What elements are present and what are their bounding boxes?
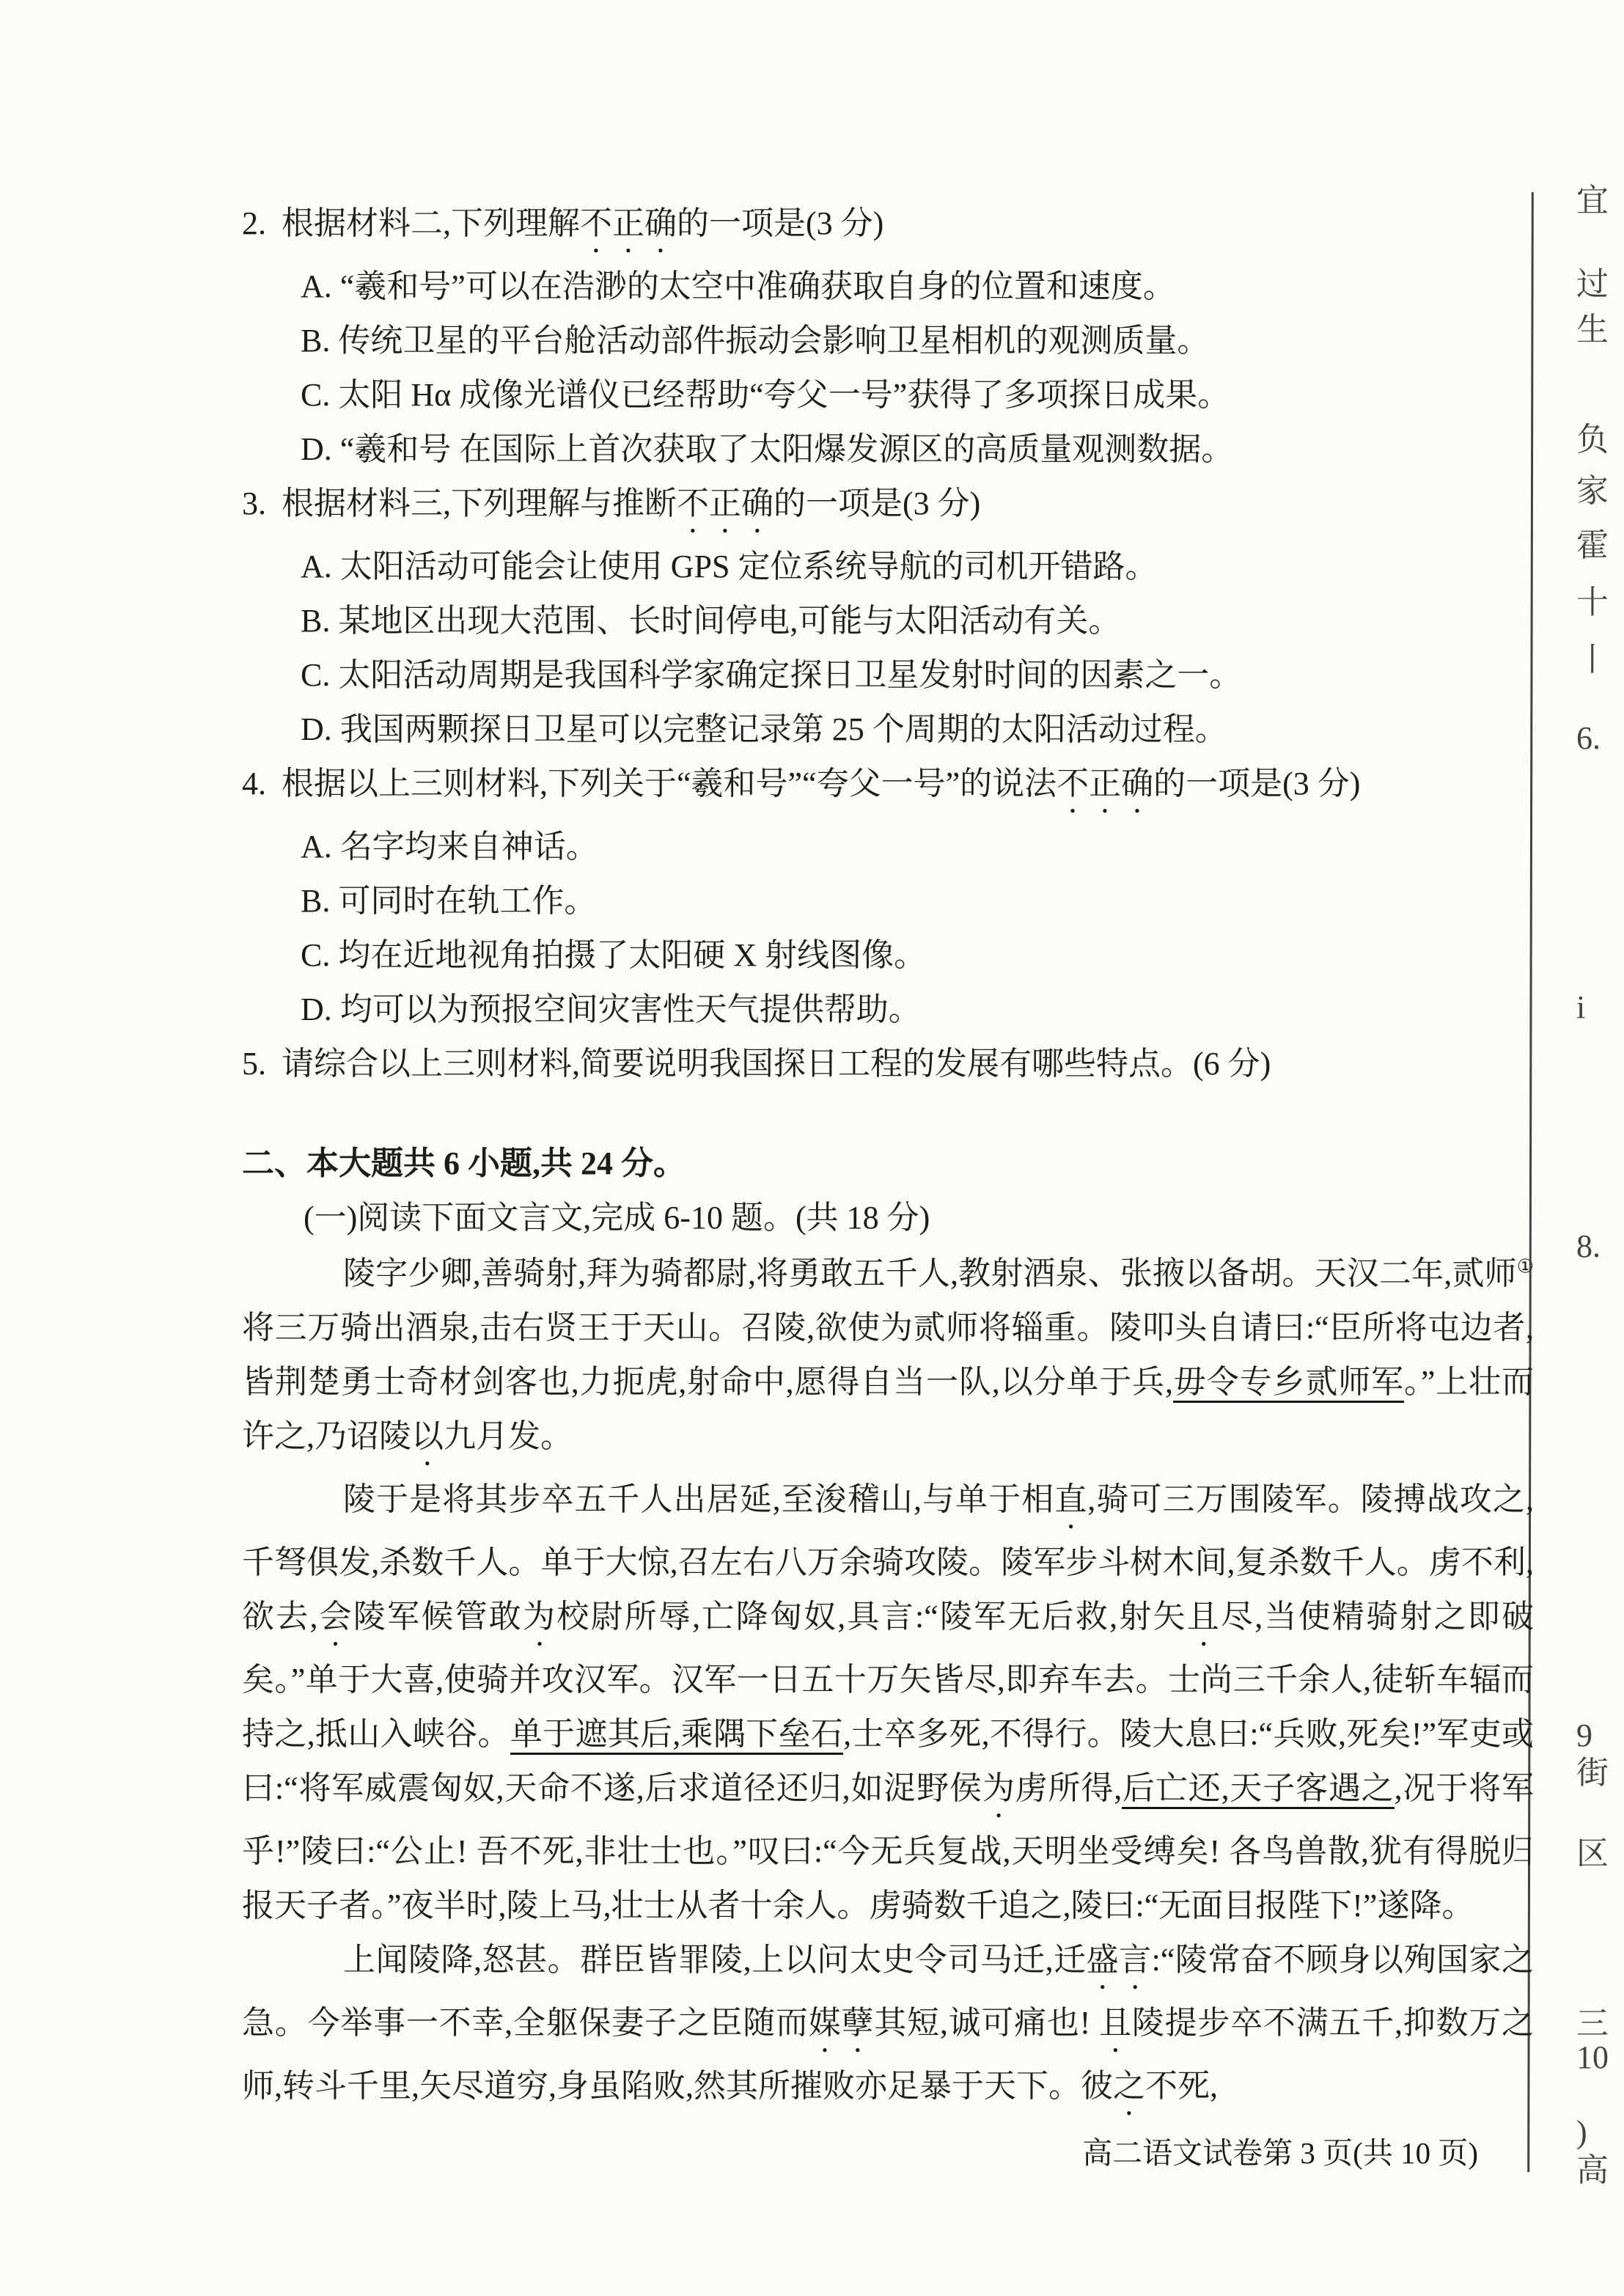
text-run: 九月发。 <box>444 1418 573 1454</box>
emphasized-text: 不正确 <box>677 485 774 521</box>
emphasized-text: 盛言 <box>1087 1942 1152 1978</box>
page-bleed-char: 高 <box>1576 2154 1609 2187</box>
question-stem: 3. 根据材料三,下列理解与推断不正确的一项是(3 分) <box>242 477 1534 540</box>
question-stem: 5. 请综合以上三则材料,简要说明我国探日工程的发展有哪些特点。(6 分) <box>242 1037 1534 1091</box>
question-stem: 2. 根据材料二,下列理解不正确的一项是(3 分) <box>242 197 1534 260</box>
question-number: 5. <box>242 1046 282 1082</box>
exam-page-scan: 2. 根据材料二,下列理解不正确的一项是(3 分)A. “羲和号”可以在浩渺的太… <box>0 0 1624 2296</box>
page-bleed-char: 十 <box>1576 587 1609 619</box>
answer-option: D. “羲和号 在国际上首次获取了太阳爆发源区的高质量观测数据。 <box>242 422 1534 477</box>
question-number: 2. <box>242 205 282 241</box>
emphasized-text: 不正确 <box>1057 766 1153 802</box>
page-bleed-char: 负 <box>1576 424 1609 456</box>
page-bleed-char: 区 <box>1576 1838 1609 1870</box>
passage-paragraph: 陵于是将其步卒五千人出居延,至浚稽山,与单于相直,骑可三万围陵军。陵搏战攻之,千… <box>242 1472 1534 1933</box>
text-run: 不死, <box>1145 2068 1218 2104</box>
text-run: 陵于是将其步卒五千人出居延,至浚稽山,与单于相 <box>343 1481 1054 1517</box>
emphasized-text: 为 <box>982 1770 1015 1806</box>
answer-option: D. 均可以为预报空间灾害性天气提供帮助。 <box>242 983 1534 1037</box>
page-bleed-char: 9 <box>1576 1720 1592 1752</box>
underlined-text: 单于遮其后,乘隅下垒石 <box>510 1716 843 1755</box>
section-title: 二、本大题共 6 小题,共 24 分。 <box>242 1137 1534 1191</box>
text-run: 的一项是(3 分) <box>1153 766 1360 802</box>
text-run: 的一项是(3 分) <box>677 205 883 241</box>
page-bleed-char: 街 <box>1576 1757 1609 1789</box>
text-run: 请综合以上三则材料,简要说明我国探日工程的发展有哪些特点。(6 分) <box>282 1046 1271 1082</box>
text-column: 2. 根据材料二,下列理解不正确的一项是(3 分)A. “羲和号”可以在浩渺的太… <box>242 197 1534 2122</box>
text-run: 根据材料三,下列理解与推断 <box>282 485 677 521</box>
questions-block: 2. 根据材料二,下列理解不正确的一项是(3 分)A. “羲和号”可以在浩渺的太… <box>242 197 1534 1091</box>
answer-option: C. 均在近地视角拍摄了太阳硬 X 射线图像。 <box>242 928 1534 983</box>
answer-option: A. 名字均来自神话。 <box>242 820 1534 874</box>
passage-paragraph: 上闻陵降,怒甚。群臣皆罪陵,上以问太史令司马迁,迁盛言:“陵常奋不顾身以殉国家之… <box>242 1933 1534 2122</box>
page-bleed-char: 6. <box>1576 722 1601 755</box>
text-run: 陵字少卿,善骑射,拜为骑都尉,将勇敢五千人,教射酒泉、张掖以备胡。天汉二年,贰师 <box>343 1255 1517 1291</box>
passage-paragraph: 陵字少卿,善骑射,拜为骑都尉,将勇敢五千人,教射酒泉、张掖以备胡。天汉二年,贰师… <box>242 1247 1534 1472</box>
section-subtitle: (一)阅读下面文言文,完成 6-10 题。(共 18 分) <box>242 1191 1534 1245</box>
emphasized-text: 不正确 <box>580 205 677 241</box>
text-run: 的一项是(3 分) <box>774 485 980 521</box>
page-bleed-char: 家 <box>1576 475 1609 507</box>
page-bleed-char: 生 <box>1576 314 1609 346</box>
page-bleed-char: 8. <box>1576 1230 1601 1263</box>
page-bleed-char: 霍 <box>1576 529 1609 562</box>
page-bleed-char: i <box>1576 991 1585 1024</box>
text-run: 虏所得, <box>1015 1770 1123 1806</box>
page-bleed-char: 过 <box>1576 268 1609 301</box>
page-bleed-char: 丨 <box>1576 644 1609 676</box>
text-run: 其短,诚可痛也! <box>874 2005 1099 2041</box>
emphasized-text: 且 <box>1187 1599 1221 1635</box>
underlined-text: 后亡还,天子客遇之 <box>1122 1770 1394 1809</box>
answer-option: C. 太阳活动周期是我国科学家确定探日卫星发射时间的因素之一。 <box>242 648 1534 703</box>
emphasized-text: 以 <box>411 1418 444 1454</box>
answer-option: C. 太阳 Hα 成像光谱仪已经帮助“夸父一号”获得了多项探日成果。 <box>242 368 1534 422</box>
text-run: 校尉所辱,亡降匈奴,具言:“陵军无后救,射矢 <box>556 1599 1186 1635</box>
page-footer: 高二语文试卷第 3 页(共 10 页) <box>242 2131 1534 2175</box>
page-bleed-char: 10 <box>1576 2042 1609 2074</box>
emphasized-text: 媒孽 <box>809 2005 875 2041</box>
question-number: 3. <box>242 485 282 521</box>
answer-option: B. 可同时在轨工作。 <box>242 874 1534 928</box>
text-run: 上闻陵降,怒甚。群臣皆罪陵,上以问太史令司马迁,迁 <box>343 1942 1087 1978</box>
page-bleed-char: 三 <box>1576 2008 1609 2040</box>
question-stem: 4. 根据以上三则材料,下列关于“羲和号”“夸父一号”的说法不正确的一项是(3 … <box>242 757 1534 820</box>
answer-option: B. 传统卫星的平台舱活动部件振动会影响卫星相机的观测质量。 <box>242 314 1534 368</box>
emphasized-text: 会 <box>317 1599 353 1635</box>
emphasized-text: 为 <box>523 1599 556 1635</box>
answer-option: A. 太阳活动可能会让使用 GPS 定位系统导航的司机开错路。 <box>242 540 1534 594</box>
answer-option: A. “羲和号”可以在浩渺的太空中准确获取自身的位置和速度。 <box>242 260 1534 314</box>
emphasized-text: 直 <box>1054 1481 1087 1517</box>
emphasized-text: 且 <box>1099 2005 1132 2041</box>
emphasized-text: 之 <box>1113 2068 1145 2104</box>
text-run: 根据以上三则材料,下列关于“羲和号”“夸父一号”的说法 <box>282 766 1057 802</box>
answer-option: B. 某地区出现大范围、长时间停电,可能与太阳活动有关。 <box>242 594 1534 648</box>
question-number: 4. <box>242 766 282 802</box>
answer-option: D. 我国两颗探日卫星可以完整记录第 25 个周期的太阳活动过程。 <box>242 703 1534 757</box>
passage-block: 陵字少卿,善骑射,拜为骑都尉,将勇敢五千人,教射酒泉、张掖以备胡。天汉二年,贰师… <box>242 1247 1534 2122</box>
page-bleed-char: 宜 <box>1576 185 1609 217</box>
text-run: 陵军候管敢 <box>353 1599 523 1635</box>
text-run: 根据材料二,下列理解 <box>282 205 580 241</box>
page-bleed-char: ) <box>1576 2116 1587 2149</box>
underlined-text: 毋令专乡贰师军 <box>1173 1364 1404 1403</box>
